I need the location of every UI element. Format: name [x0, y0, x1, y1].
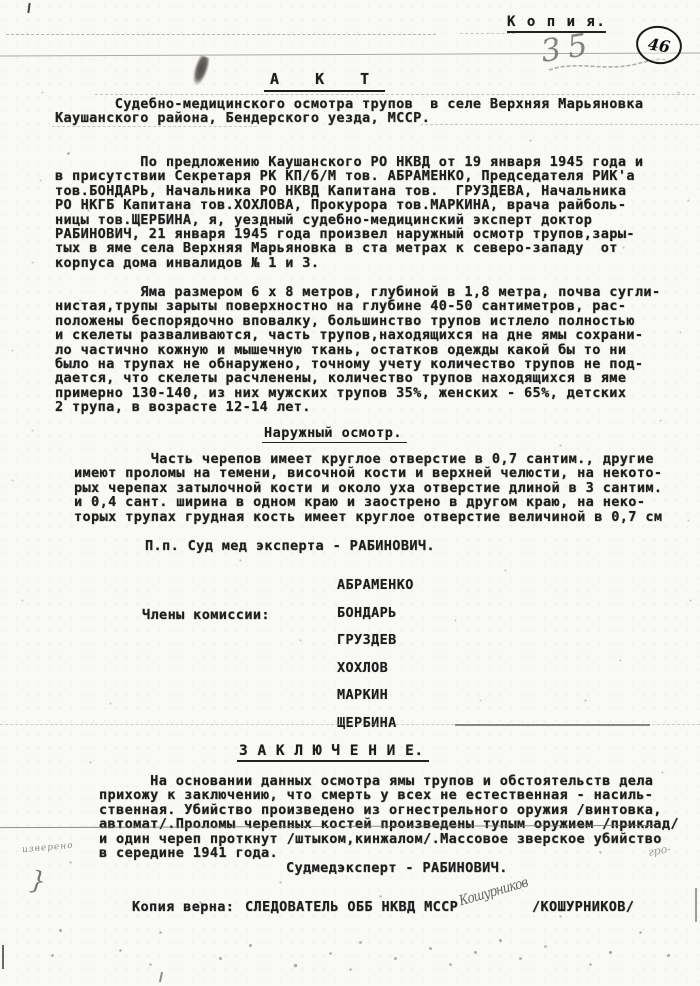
commission-member: ГРУЗДЕВ	[337, 633, 414, 648]
act-title: А К Т	[264, 70, 385, 92]
act-subtitle: Судебно-медицинского осмотра трупов в се…	[55, 97, 643, 126]
edge-mark	[695, 888, 697, 922]
edge-mark	[159, 972, 163, 982]
intro-paragraph: По предложению Каушанского РО НКВД от 19…	[55, 155, 643, 270]
investigator-name: /КОШУРНИКОВ/	[532, 900, 634, 914]
scan-artifact-line	[460, 33, 515, 34]
ink-smudge	[190, 55, 212, 88]
margin-note-left: изверено	[22, 841, 74, 855]
expert-signature-line: Судмедэксперт - РАБИНОВИЧ.	[286, 861, 508, 875]
commission-member: АБРАМЕНКО	[337, 578, 414, 593]
commission-member: ХОХЛОВ	[337, 661, 414, 676]
scan-artifact-line	[6, 34, 436, 35]
investigator-title: СЛЕДОВАТЕЛЬ ОББ НКВД МССР	[245, 900, 458, 914]
edge-mark	[2, 945, 4, 969]
scanned-document-page: К о п и я. 35 46 А К Т Судебно-медицинск…	[0, 0, 700, 986]
circled-page-number-text: 46	[647, 34, 672, 56]
scan-artifact-line	[52, 126, 257, 127]
conclusion-heading: З А К Л Ю Ч Е Н И Е.	[237, 743, 429, 762]
pit-description-paragraph: Яма размером 6 х 8 метров, глубиной в 1,…	[55, 285, 660, 415]
external-exam-paragraph: Часть черепов имеет круглое отверстие в …	[74, 452, 662, 524]
investigator-signature-scribble: Кошурников	[457, 875, 529, 910]
commission-label: Члены комиссии:	[142, 608, 270, 622]
copy-certification-label: Копия верна:	[132, 900, 234, 914]
commission-member: МАРКИН	[337, 688, 414, 703]
fold-line-dark-segment	[455, 724, 650, 726]
conclusion-paragraph: На основании данных осмотра ямы трупов и…	[99, 774, 679, 860]
external-exam-heading: Наружный осмотр.	[262, 425, 407, 443]
page-brace-mark: }	[29, 865, 48, 896]
commission-members-list: АБРАМЕНКО БОНДАРЬ ГРУЗДЕВ ХОХЛОВ МАРКИН …	[337, 578, 414, 731]
pp-signature-line: П.п. Суд мед эксперта - РАБИНОВИЧ.	[145, 539, 435, 553]
scan-artifact-line	[95, 94, 695, 95]
edge-mark	[27, 3, 30, 13]
speckle-noise-bottom-band	[0, 0, 1, 1]
commission-member: БОНДАРЬ	[337, 606, 414, 621]
